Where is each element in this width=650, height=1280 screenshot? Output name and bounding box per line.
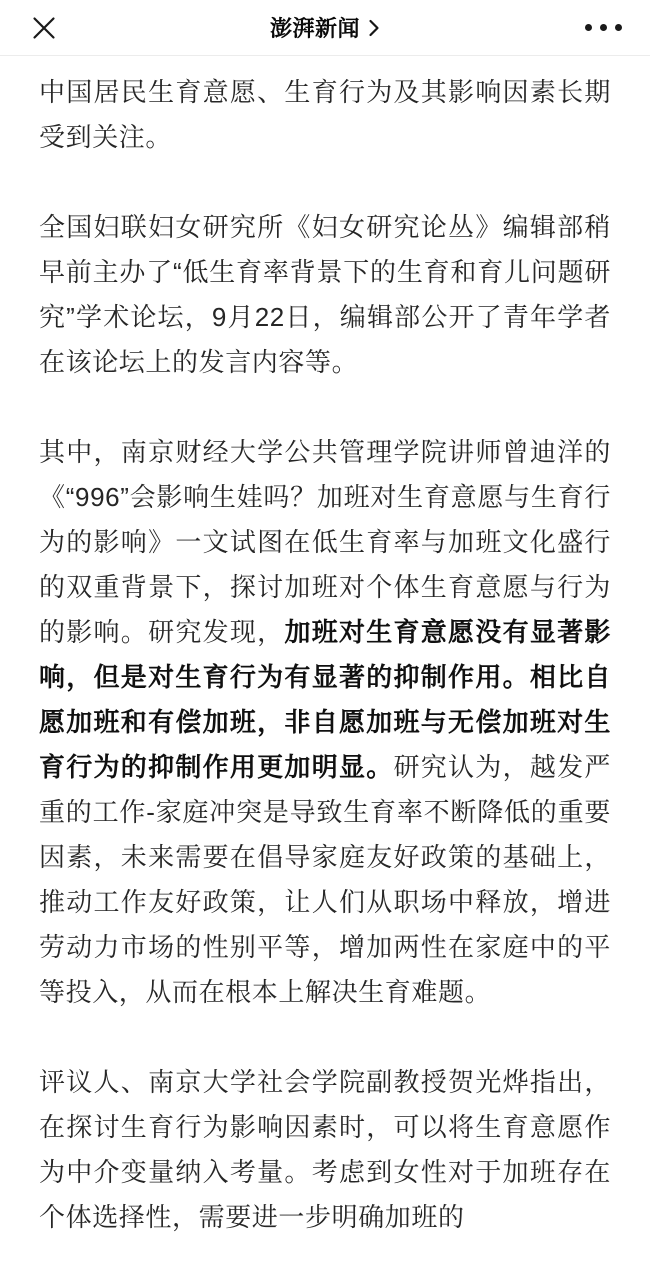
- article-text: 其中，南京财经大学公共管理学院讲师曾迪洋的《“996”会影响生娃吗？加班对生育意…: [39, 437, 611, 647]
- wechat-article-viewer: 澎湃新闻 中国居民生育意愿、生育行为及其影响因素长期受到关注。全国妇联妇女研究所…: [0, 0, 650, 1280]
- more-dots-icon: [585, 24, 622, 31]
- close-icon: [30, 14, 58, 42]
- article-paragraph: 全国妇联妇女研究所《妇女研究论丛》编辑部稍早前主办了“低生育率背景下的生育和育儿…: [39, 205, 611, 385]
- article-text: 研究认为，越发严重的工作-家庭冲突是导致生育率不断降低的重要因素，未来需要在倡导…: [39, 752, 611, 1007]
- navbar: 澎湃新闻: [0, 0, 650, 56]
- more-button[interactable]: [585, 0, 622, 55]
- close-button[interactable]: [30, 0, 58, 55]
- article-paragraph: 评议人、南京大学社会学院副教授贺光烨指出，在探讨生育行为影响因素时，可以将生育意…: [39, 1060, 611, 1240]
- article-text: 评议人、南京大学社会学院副教授贺光烨指出，在探讨生育行为影响因素时，可以将生育意…: [39, 1067, 611, 1232]
- article-paragraph: 中国居民生育意愿、生育行为及其影响因素长期受到关注。: [39, 70, 611, 160]
- article-paragraph: 其中，南京财经大学公共管理学院讲师曾迪洋的《“996”会影响生娃吗？加班对生育意…: [39, 430, 611, 1015]
- article-text: 中国居民生育意愿、生育行为及其影响因素长期受到关注。: [39, 77, 611, 152]
- article-text: 全国妇联妇女研究所《妇女研究论丛》编辑部稍早前主办了“低生育率背景下的生育和育儿…: [39, 212, 611, 377]
- chevron-right-icon: [368, 18, 380, 38]
- account-title-button[interactable]: 澎湃新闻: [270, 0, 380, 55]
- article-body: 中国居民生育意愿、生育行为及其影响因素长期受到关注。全国妇联妇女研究所《妇女研究…: [0, 56, 650, 1240]
- account-name: 澎湃新闻: [270, 12, 360, 43]
